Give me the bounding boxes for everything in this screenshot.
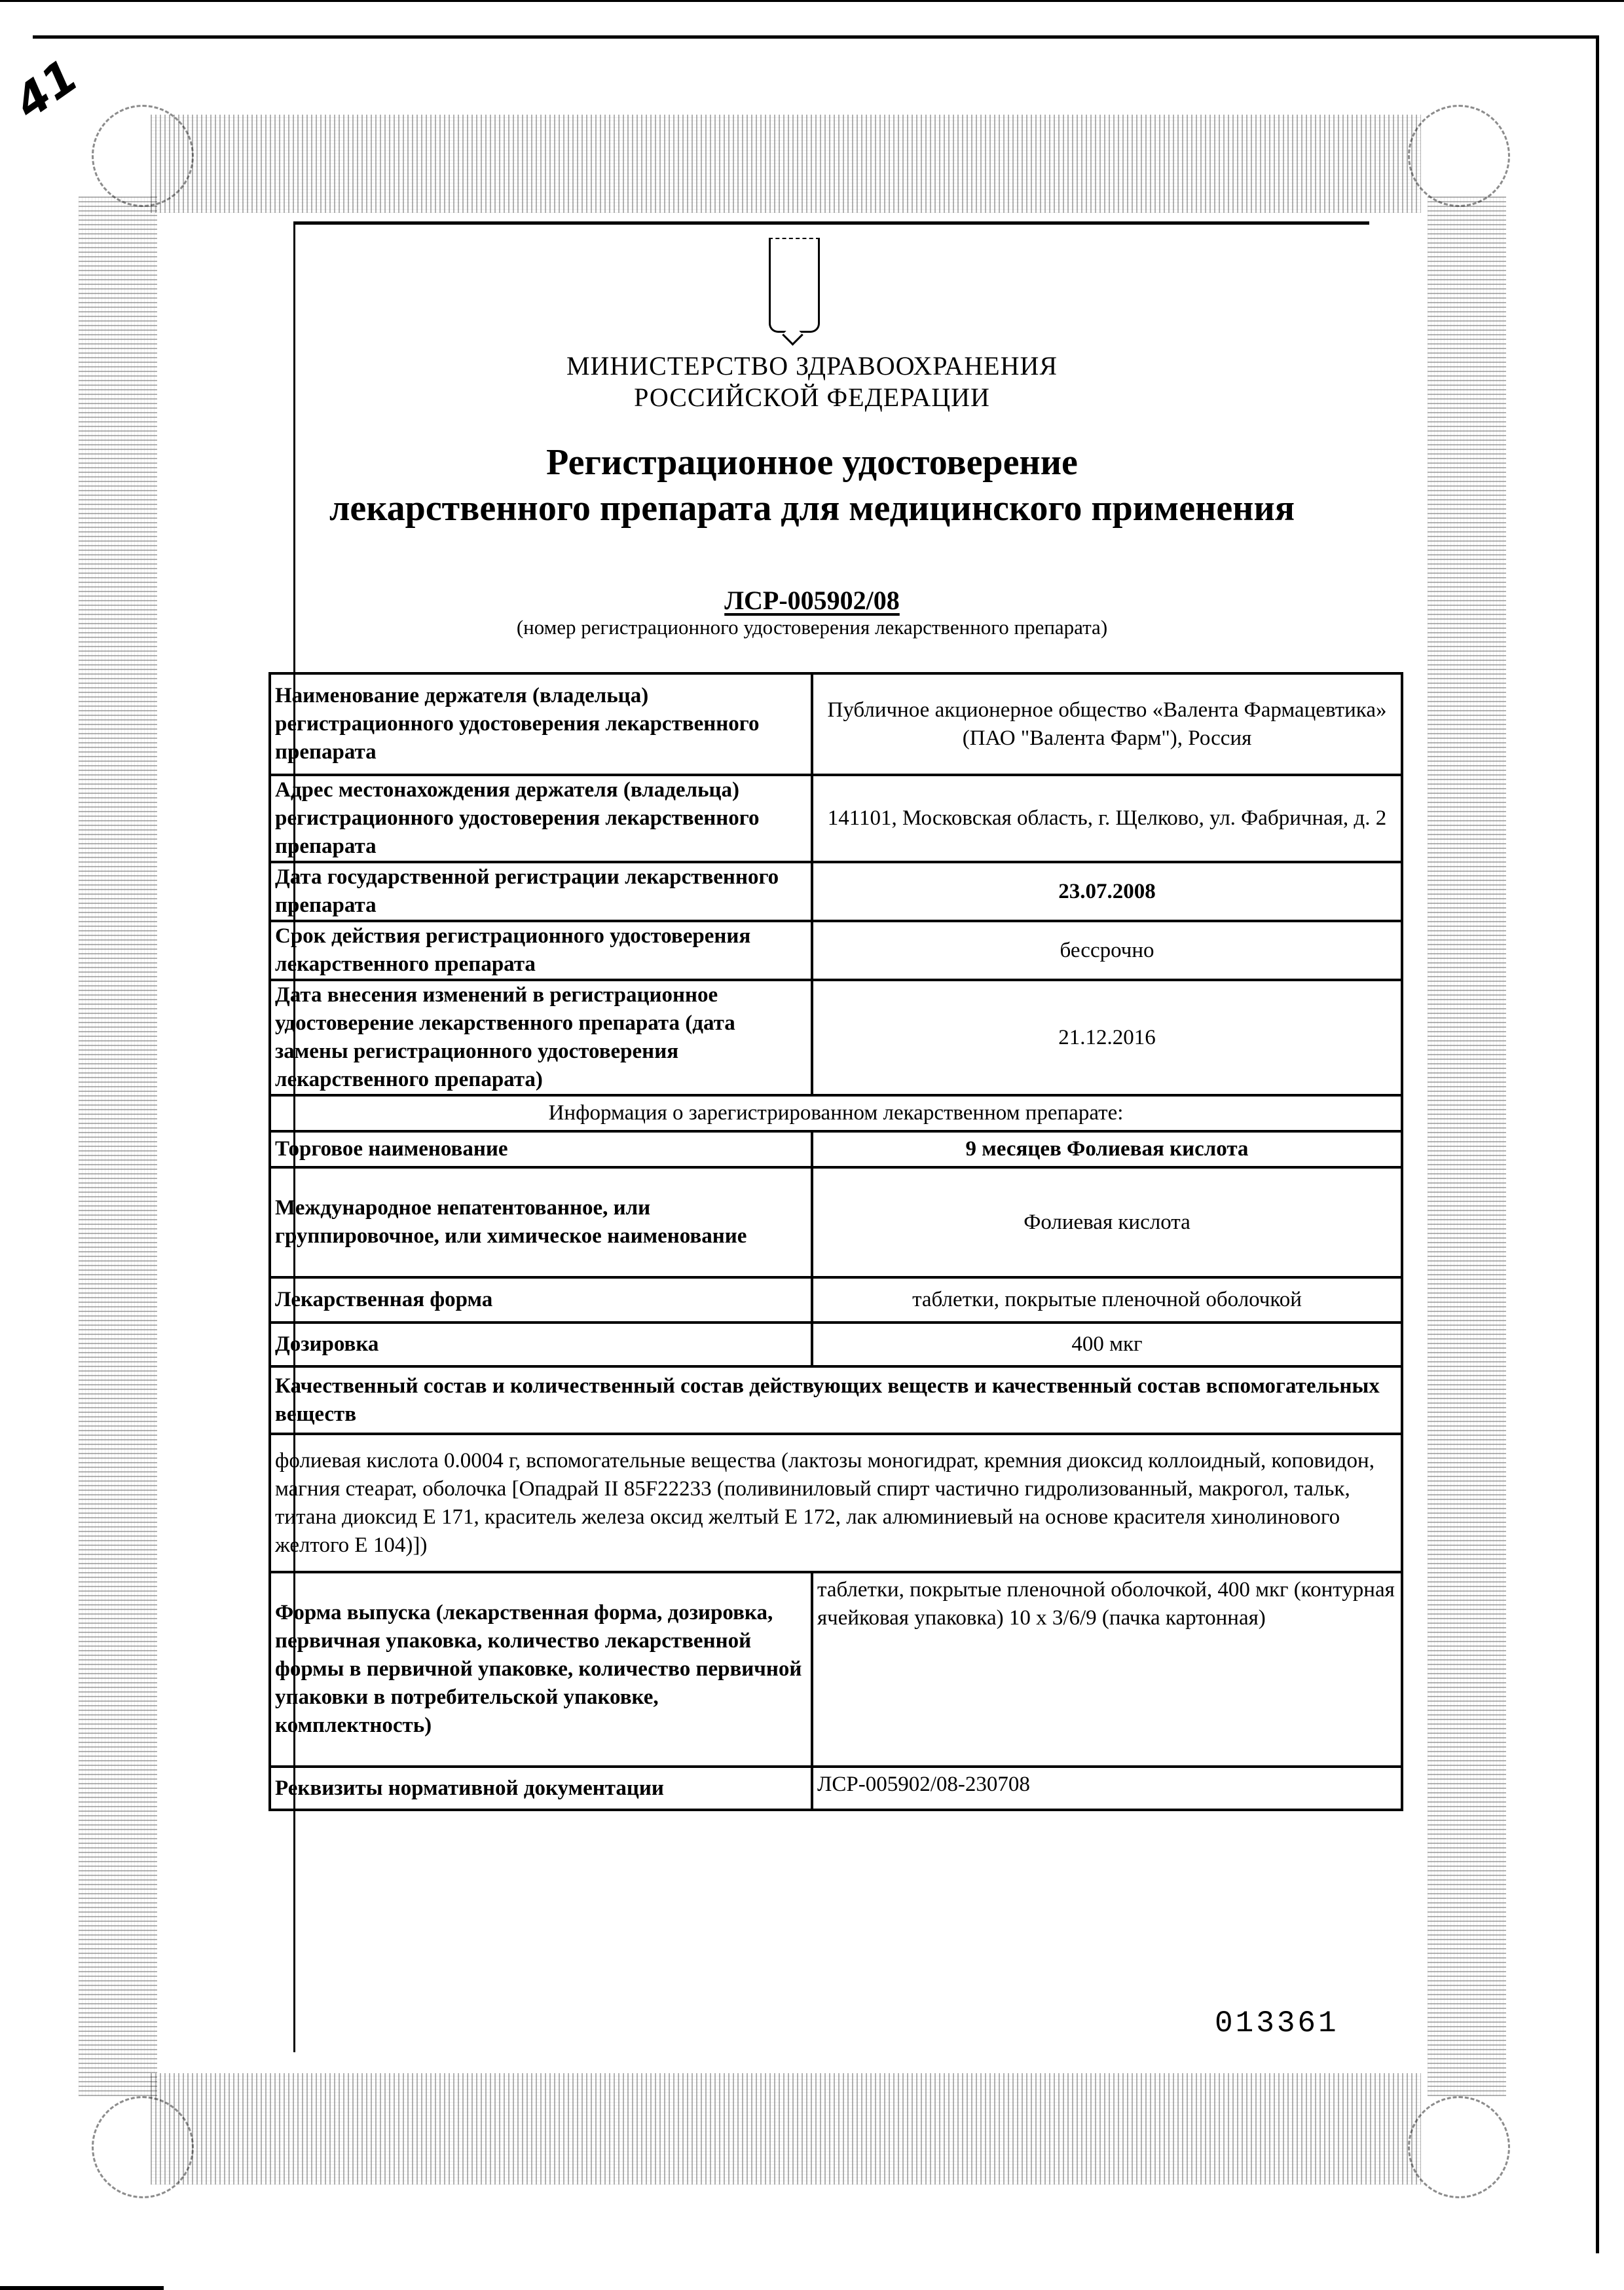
ministry-name-line1: МИНИСТЕРСТВО ЗДРАВООХРАНЕНИЯ	[0, 350, 1624, 382]
table-row: Информация о зарегистрированном лекарств…	[270, 1095, 1402, 1131]
table-row: Торговое наименование 9 месяцев Фолиевая…	[270, 1131, 1402, 1167]
scan-edge-bottom	[0, 2286, 164, 2290]
holder-address-value: 141101, Московская область, г. Щелково, …	[812, 775, 1402, 862]
registration-number-caption: (номер регистрационного удостоверения ле…	[0, 616, 1624, 639]
ornament-corner-icon	[1408, 2096, 1510, 2198]
ornament-corner-icon	[1408, 105, 1510, 207]
inn-value: Фолиевая кислота	[812, 1167, 1402, 1277]
dosage-value: 400 мкг	[812, 1323, 1402, 1366]
ministry-name-line2: РОССИЙСКОЙ ФЕДЕРАЦИИ	[0, 382, 1624, 413]
dosage-form-label: Лекарственная форма	[270, 1277, 812, 1323]
ornament-corner-icon	[92, 105, 194, 207]
document-title-line1: Регистрационное удостоверение	[0, 442, 1624, 483]
form-serial-number: 013361	[1215, 2006, 1339, 2040]
trade-name-value: 9 месяцев Фолиевая кислота	[812, 1131, 1402, 1167]
table-row: Дата внесения изменений в регистрационно…	[270, 980, 1402, 1095]
release-form-value: таблетки, покрытые пленочной оболочкой, …	[812, 1572, 1402, 1767]
table-row: фолиевая кислота 0.0004 г, вспомогательн…	[270, 1434, 1402, 1572]
composition-text: фолиевая кислота 0.0004 г, вспомогательн…	[270, 1434, 1402, 1572]
trade-name-label: Торговое наименование	[270, 1131, 812, 1167]
change-date-label: Дата внесения изменений в регистрационно…	[270, 980, 812, 1095]
table-row: Лекарственная форма таблетки, покрытые п…	[270, 1277, 1402, 1323]
table-row: Наименование держателя (владельца) регис…	[270, 673, 1402, 775]
holder-name-label: Наименование держателя (владельца) регис…	[270, 673, 812, 775]
dosage-form-value: таблетки, покрытые пленочной оболочкой	[812, 1277, 1402, 1323]
table-row: Форма выпуска (лекарственная форма, дози…	[270, 1572, 1402, 1767]
validity-value: бессрочно	[812, 921, 1402, 980]
handwritten-page-number: 41	[5, 48, 88, 129]
product-info-header: Информация о зарегистрированном лекарств…	[270, 1095, 1402, 1131]
ornamental-border-top	[151, 115, 1421, 213]
table-row: Срок действия регистрационного удостовер…	[270, 921, 1402, 980]
normative-doc-value: ЛСР-005902/08-230708	[812, 1767, 1402, 1810]
dosage-label: Дозировка	[270, 1323, 812, 1366]
scan-edge-inner-top	[33, 35, 1598, 39]
registration-number: ЛСР-005902/08	[0, 585, 1624, 616]
inn-label: Международное непатентованное, или групп…	[270, 1167, 812, 1277]
table-row: Адрес местонахождения держателя (владель…	[270, 775, 1402, 862]
holder-address-label: Адрес местонахождения держателя (владель…	[270, 775, 812, 862]
table-row: Дата государственной регистрации лекарст…	[270, 862, 1402, 921]
coat-of-arms-icon	[769, 238, 820, 333]
ornament-corner-icon	[92, 2096, 194, 2198]
release-form-label: Форма выпуска (лекарственная форма, дози…	[270, 1572, 812, 1767]
ornamental-border-bottom	[151, 2073, 1421, 2185]
holder-name-value: Публичное акционерное общество «Валента …	[812, 673, 1402, 775]
table-row: Дозировка 400 мкг	[270, 1323, 1402, 1366]
table-row: Качественный состав и количественный сос…	[270, 1366, 1402, 1434]
normative-doc-label: Реквизиты нормативной документации	[270, 1767, 812, 1810]
document-title-line2: лекарственного препарата для медицинског…	[0, 488, 1624, 529]
registration-number-text: ЛСР-005902/08	[724, 586, 900, 615]
certificate-table: Наименование держателя (владельца) регис…	[268, 672, 1403, 1811]
validity-label: Срок действия регистрационного удостовер…	[270, 921, 812, 980]
scan-edge-top	[0, 0, 1624, 2]
registration-date-label: Дата государственной регистрации лекарст…	[270, 862, 812, 921]
table-row: Международное непатентованное, или групп…	[270, 1167, 1402, 1277]
change-date-value: 21.12.2016	[812, 980, 1402, 1095]
table-row: Реквизиты нормативной документации ЛСР-0…	[270, 1767, 1402, 1810]
registration-date-value: 23.07.2008	[812, 862, 1402, 921]
composition-header: Качественный состав и количественный сос…	[270, 1366, 1402, 1434]
